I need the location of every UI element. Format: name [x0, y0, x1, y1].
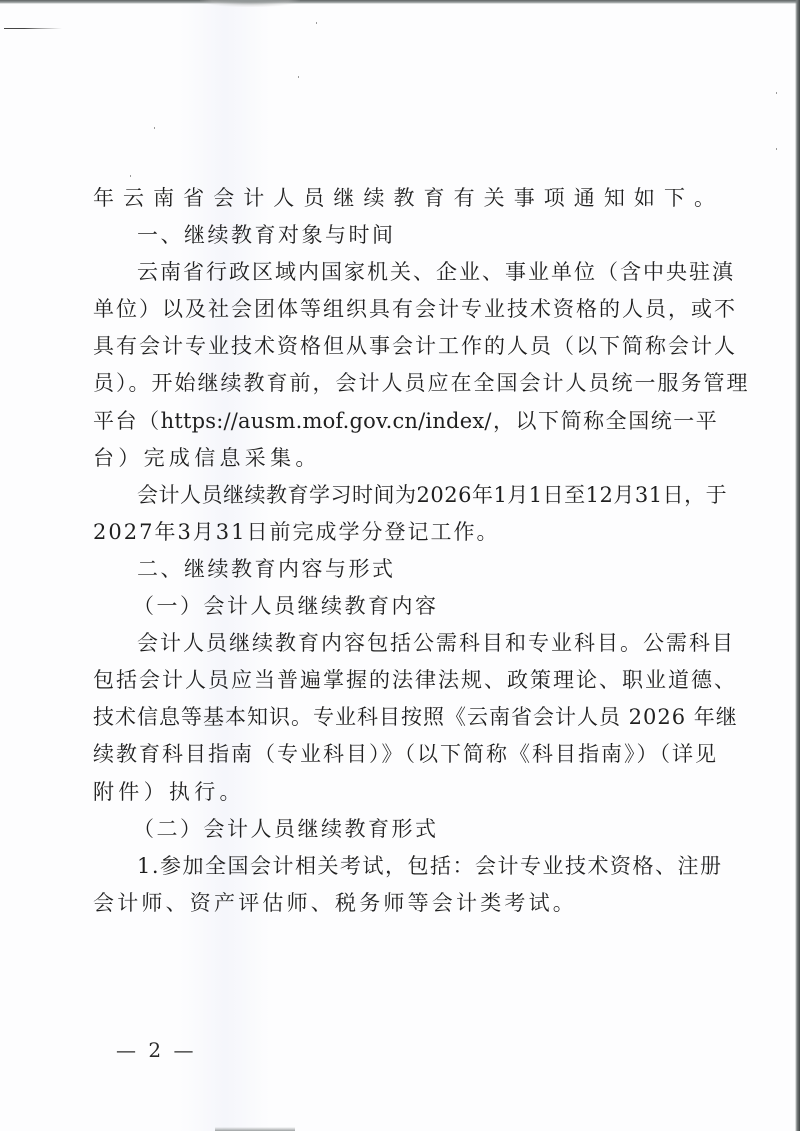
scan-top-edge [0, 0, 800, 4]
subsection-heading-1: （一）会计人员继续教育内容 [93, 588, 717, 625]
scan-bottom-notch [215, 1127, 295, 1131]
scan-speck [298, 76, 299, 78]
paragraph-line: 1.参加全国会计相关考试，包括：会计专业技术资格、注册 [93, 848, 717, 885]
paragraph-line: 技术信息等基本知识。专业科目按照《云南省会计人员 2026 年继 [93, 699, 717, 736]
paragraph-line: 员）。开始继续教育前，会计人员应在全国会计人员统一服务管理 [93, 365, 717, 402]
paragraph-line: 2027年3月31日前完成学分登记工作。 [93, 514, 717, 551]
paragraph-line: 年云南省会计人员继续教育有关事项通知如下。 [93, 180, 717, 217]
subsection-heading-2: （二）会计人员继续教育形式 [93, 811, 717, 848]
scan-speck [154, 127, 155, 129]
paragraph-line: 具有会计专业技术资格但从事会计工作的人员（以下简称会计人 [93, 328, 717, 365]
paragraph-line: 云南省行政区域内国家机关、企业、事业单位（含中央驻滇 [93, 254, 717, 291]
paragraph-line: 单位）以及社会团体等组织具有会计专业技术资格的人员，或不 [93, 291, 717, 328]
scan-speck [776, 92, 777, 94]
scan-left-mark [4, 28, 62, 29]
scan-speck [130, 175, 131, 177]
paragraph-line: 续教育科目指南（专业科目）》（以下简称《科目指南》）（详见 [93, 736, 717, 773]
paragraph-line: 包括会计人员应当普遍掌握的法律法规、政策理论、职业道德、 [93, 662, 717, 699]
paragraph-line: 会计人员继续教育学习时间为2026年1月1日至12月31日，于 [93, 477, 717, 514]
section-heading-1: 一、继续教育对象与时间 [93, 217, 717, 254]
paragraph-line: 台）完成信息采集。 [93, 440, 717, 477]
section-heading-2: 二、继续教育内容与形式 [93, 551, 717, 588]
paragraph-line: 附件）执行。 [93, 774, 717, 811]
document-body: 年云南省会计人员继续教育有关事项通知如下。 一、继续教育对象与时间 云南省行政区… [93, 180, 717, 922]
scan-speck [776, 148, 777, 150]
scan-right-edge [795, 0, 800, 1131]
page-number: — 2 — [116, 1038, 196, 1062]
paragraph-line: 会计人员继续教育内容包括公需科目和专业科目。公需科目 [93, 625, 717, 662]
scanned-document-page: 年云南省会计人员继续教育有关事项通知如下。 一、继续教育对象与时间 云南省行政区… [0, 0, 800, 1131]
scan-speck [316, 22, 317, 24]
paragraph-line-with-url: 平台（https://ausm.mof.gov.cn/index/，以下简称全国… [93, 403, 717, 440]
scan-top-notch [200, 0, 300, 7]
paragraph-line: 会计师、资产评估师、税务师等会计类考试。 [93, 885, 717, 922]
